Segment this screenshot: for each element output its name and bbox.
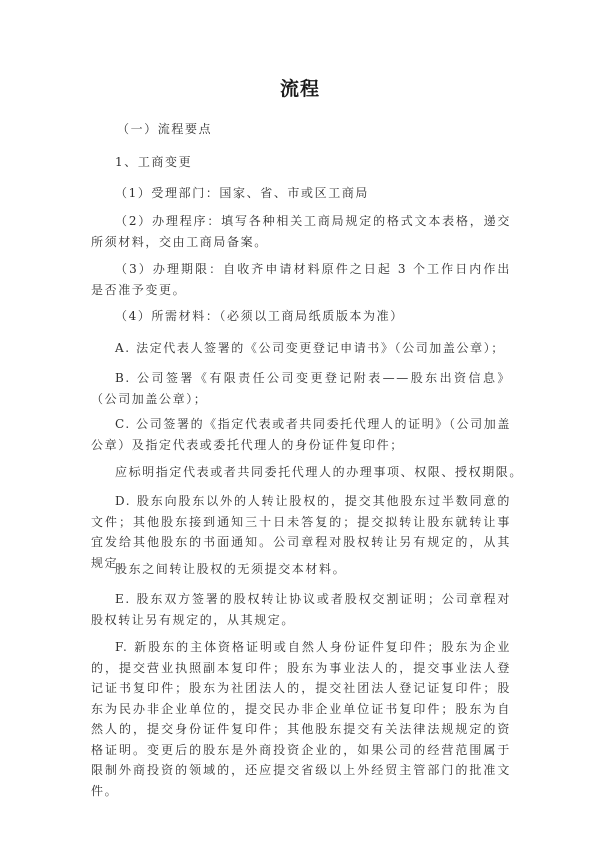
section-heading: （一）流程要点 [117, 119, 212, 139]
material-c: C. 公司签署的《指定代表或者共同委托代理人的证明》（公司加盖公章）及指定代表或… [91, 414, 511, 455]
item-materials-heading: （4）所需材料：（必须以工商局纸质版本为准） [115, 306, 404, 326]
material-e: E. 股东双方签署的股权转让协议或者股权交割证明；公司章程对股权转让另有规定的，… [91, 589, 511, 630]
material-b: B. 公司签署《有限责任公司变更登记附表——股东出资信息》（公司加盖公章）； [91, 368, 511, 409]
material-a: A. 法定代表人签署的《公司变更登记申请书》（公司加盖公章）； [115, 338, 505, 358]
document-page: 流程 （一）流程要点 1、工商变更 （1）受理部门：国家、省、市或区工商局 （2… [0, 0, 600, 849]
page-title: 流程 [0, 74, 600, 101]
subsection-heading: 1、工商变更 [115, 152, 192, 172]
item-deadline: （3）办理期限：自收齐申请材料原件之日起 3 个工作日内作出是否准予变更。 [91, 259, 511, 300]
item-procedure: （2）办理程序：填写各种相关工商局规定的格式文本表格，递交所须材料，交由工商局备… [91, 211, 511, 252]
material-d-note: 股东之间转让股权的无须提交本材料。 [115, 559, 346, 579]
item-department: （1）受理部门：国家、省、市或区工商局 [115, 183, 369, 203]
material-c-note: 应标明指定代表或者共同委托代理人的办理事项、权限、授权期限。 [115, 462, 523, 482]
material-f: F. 新股东的主体资格证明或自然人身份证件复印件；股东为企业的，提交营业执照副本… [91, 637, 511, 801]
